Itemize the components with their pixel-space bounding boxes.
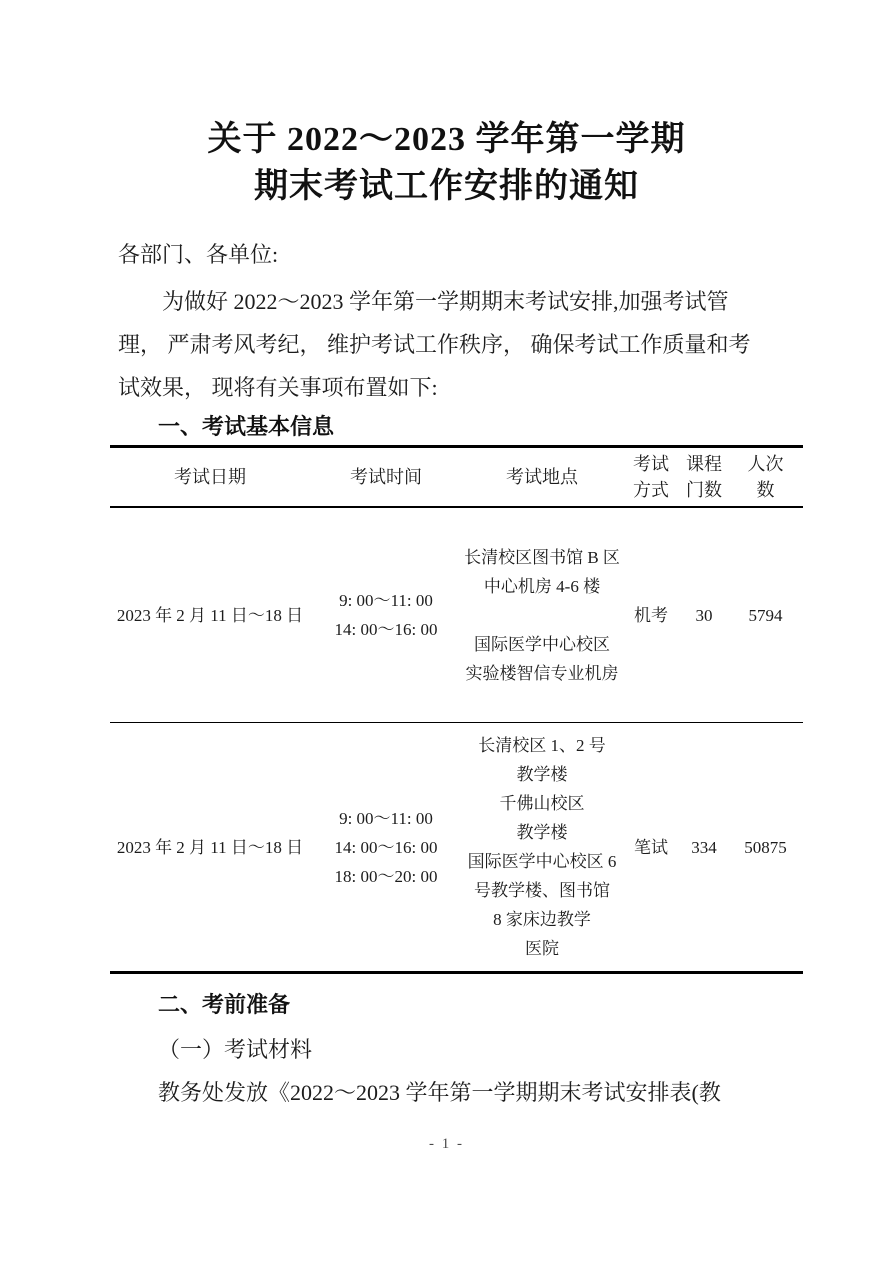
cell-exam-date: 2023 年 2 月 11 日～18 日: [110, 833, 310, 862]
cell-exam-mode: 笔试: [622, 833, 680, 862]
title-line-1: 关于 2022～2023 学年第一学期: [0, 116, 893, 163]
cell-exam-location: 长清校区 1、2 号 教学楼 千佛山校区 教学楼 国际医学中心校区 6 号教学楼…: [462, 731, 622, 963]
section-heading-pre-exam-prep: 二、考前准备: [158, 989, 893, 1021]
header-cell-mode: 考试 方式: [622, 451, 680, 503]
cell-course-count: 30: [680, 601, 728, 630]
paragraph-line: 理， 严肃考风考纪， 维护考试工作秩序， 确保考试工作质量和考: [118, 323, 781, 366]
salutation: 各部门、各单位:: [118, 240, 777, 270]
cell-exam-location: 长清校区图书馆 B 区 中心机房 4-6 楼 国际医学中心校区 实验楼智信专业机…: [462, 543, 622, 688]
header-cell-count: 人次 数: [728, 451, 803, 503]
paragraph-line: 为做好 2022～2023 学年第一学期期末考试安排,加强考试管: [118, 280, 781, 323]
cell-exam-time: 9: 00～11: 00 14: 00～16: 00 18: 00～20: 00: [310, 804, 462, 891]
body-line: 教务处发放《2022～2023 学年第一学期期末考试安排表(教: [158, 1078, 893, 1108]
cell-exam-date: 2023 年 2 月 11 日～18 日: [110, 601, 310, 630]
exam-table-header-row: 考试日期 考试时间 考试地点 考试 方式 课程 门数 人次 数: [110, 448, 803, 508]
table-row: 2023 年 2 月 11 日～18 日 9: 00～11: 00 14: 00…: [110, 723, 803, 971]
header-cell-location: 考试地点: [462, 463, 622, 492]
subsection-heading-exam-materials: （一）考试材料: [158, 1035, 893, 1065]
exam-table: 考试日期 考试时间 考试地点 考试 方式 课程 门数 人次 数 2023 年 2…: [110, 445, 803, 974]
header-cell-courses: 课程 门数: [680, 451, 728, 503]
intro-paragraph: 为做好 2022～2023 学年第一学期期末考试安排,加强考试管 理， 严肃考风…: [118, 280, 781, 409]
page-title: 关于 2022～2023 学年第一学期 期末考试工作安排的通知: [0, 0, 893, 210]
cell-exam-mode: 机考: [622, 601, 680, 630]
header-cell-time: 考试时间: [310, 463, 462, 492]
cell-attendance-count: 5794: [728, 601, 803, 630]
header-cell-date: 考试日期: [110, 463, 310, 492]
cell-attendance-count: 50875: [728, 833, 803, 862]
cell-course-count: 334: [680, 833, 728, 862]
title-line-2: 期末考试工作安排的通知: [0, 163, 893, 210]
page-number: - 1 -: [0, 1136, 893, 1153]
paragraph-line: 试效果， 现将有关事项布置如下:: [118, 366, 781, 409]
document-page: 关于 2022～2023 学年第一学期 期末考试工作安排的通知 各部门、各单位:…: [0, 0, 893, 1263]
cell-exam-time: 9: 00～11: 00 14: 00～16: 00: [310, 586, 462, 644]
table-row: 2023 年 2 月 11 日～18 日 9: 00～11: 00 14: 00…: [110, 508, 803, 723]
section-heading-exam-info: 一、考试基本信息: [158, 411, 893, 443]
